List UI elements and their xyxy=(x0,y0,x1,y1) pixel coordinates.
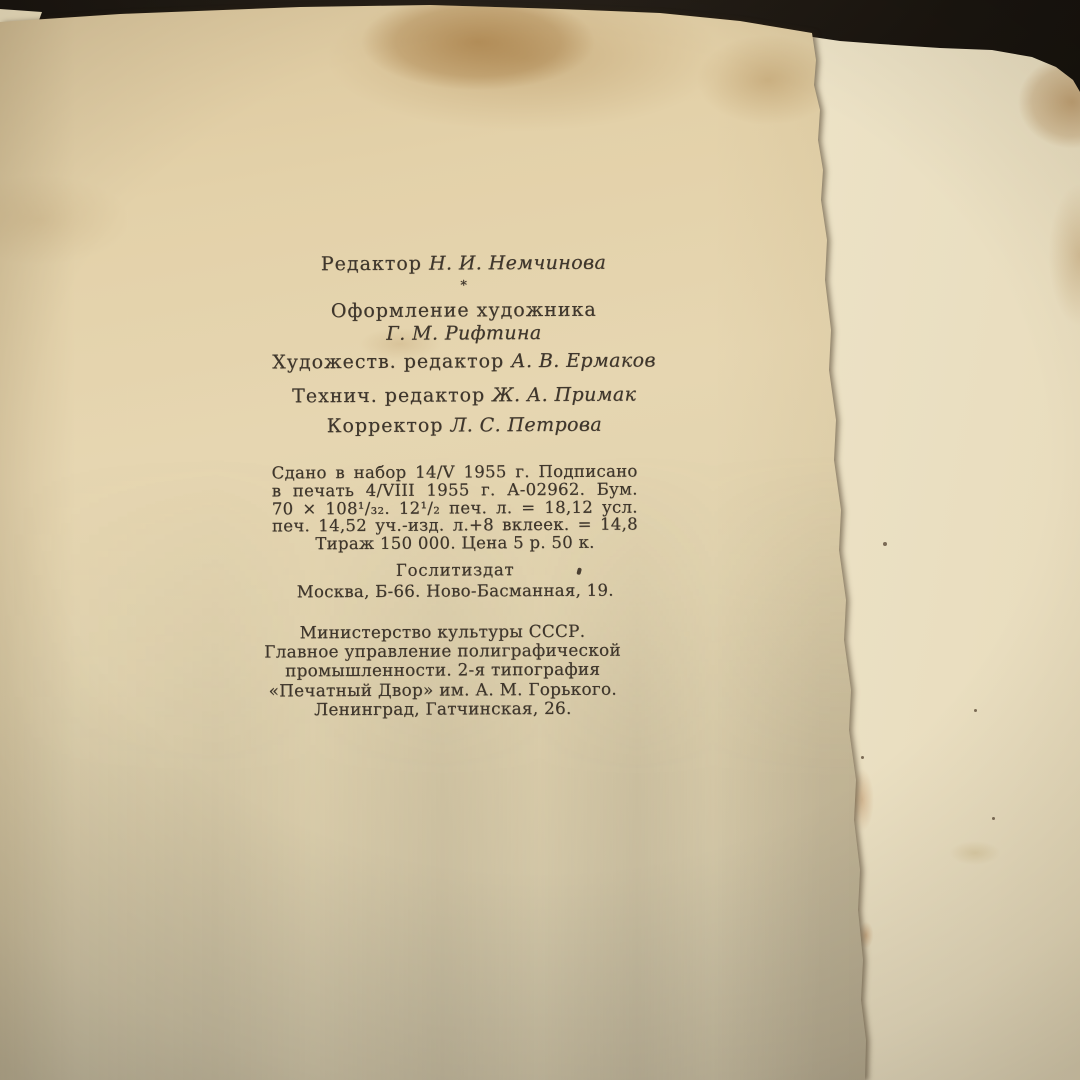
printer-block: Министерство культуры СССР. Главное упра… xyxy=(252,622,632,720)
proofreader-label: Корректор xyxy=(327,415,444,438)
designer-name: Г. М. Рифтина xyxy=(249,321,679,345)
editors-block: Редактор Н. И. Немчинова * Оформление ху… xyxy=(248,251,679,437)
publisher-address: Москва, Б-66. Ново-Басманная, 19. xyxy=(272,581,638,601)
editor-label: Редактор xyxy=(321,253,422,276)
art-editor-label: Художеств. редактор xyxy=(272,350,504,373)
designer-label: Оформление художника xyxy=(249,298,679,322)
tech-editor-label: Технич. редактор xyxy=(292,384,485,407)
colophon-text: Редактор Н. И. Немчинова * Оформление ху… xyxy=(0,0,1080,1080)
tech-editor-name: Ж. А. Примак xyxy=(492,383,636,406)
imprint-line: Тираж 150 000. Цена 5 р. 50 к. xyxy=(272,534,638,554)
art-editor-name: А. В. Ермаков xyxy=(511,349,656,372)
publisher-name: Гослитиздат xyxy=(272,560,638,580)
separator-asterisk: * xyxy=(249,277,679,294)
proofreader-line: Корректор Л. С. Петрова xyxy=(249,413,679,437)
editor-name: Н. И. Немчинова xyxy=(429,252,606,275)
editor-line: Редактор Н. И. Немчинова xyxy=(248,251,678,275)
printer-line: Ленинград, Гатчинская, 26. xyxy=(253,698,633,719)
tech-editor-line: Технич. редактор Ж. А. Примак xyxy=(249,383,679,407)
book-photo: Редактор Н. И. Немчинова * Оформление ху… xyxy=(0,0,1080,1080)
imprint-block: Сдано в набор 14/V 1955 г. Подписано в п… xyxy=(272,462,639,600)
art-editor-line: Художеств. редактор А. В. Ермаков xyxy=(249,349,679,373)
printer-line: «Печатный Двор» им. А. М. Горького. xyxy=(253,679,633,700)
proofreader-name: Л. С. Петрова xyxy=(450,414,602,437)
